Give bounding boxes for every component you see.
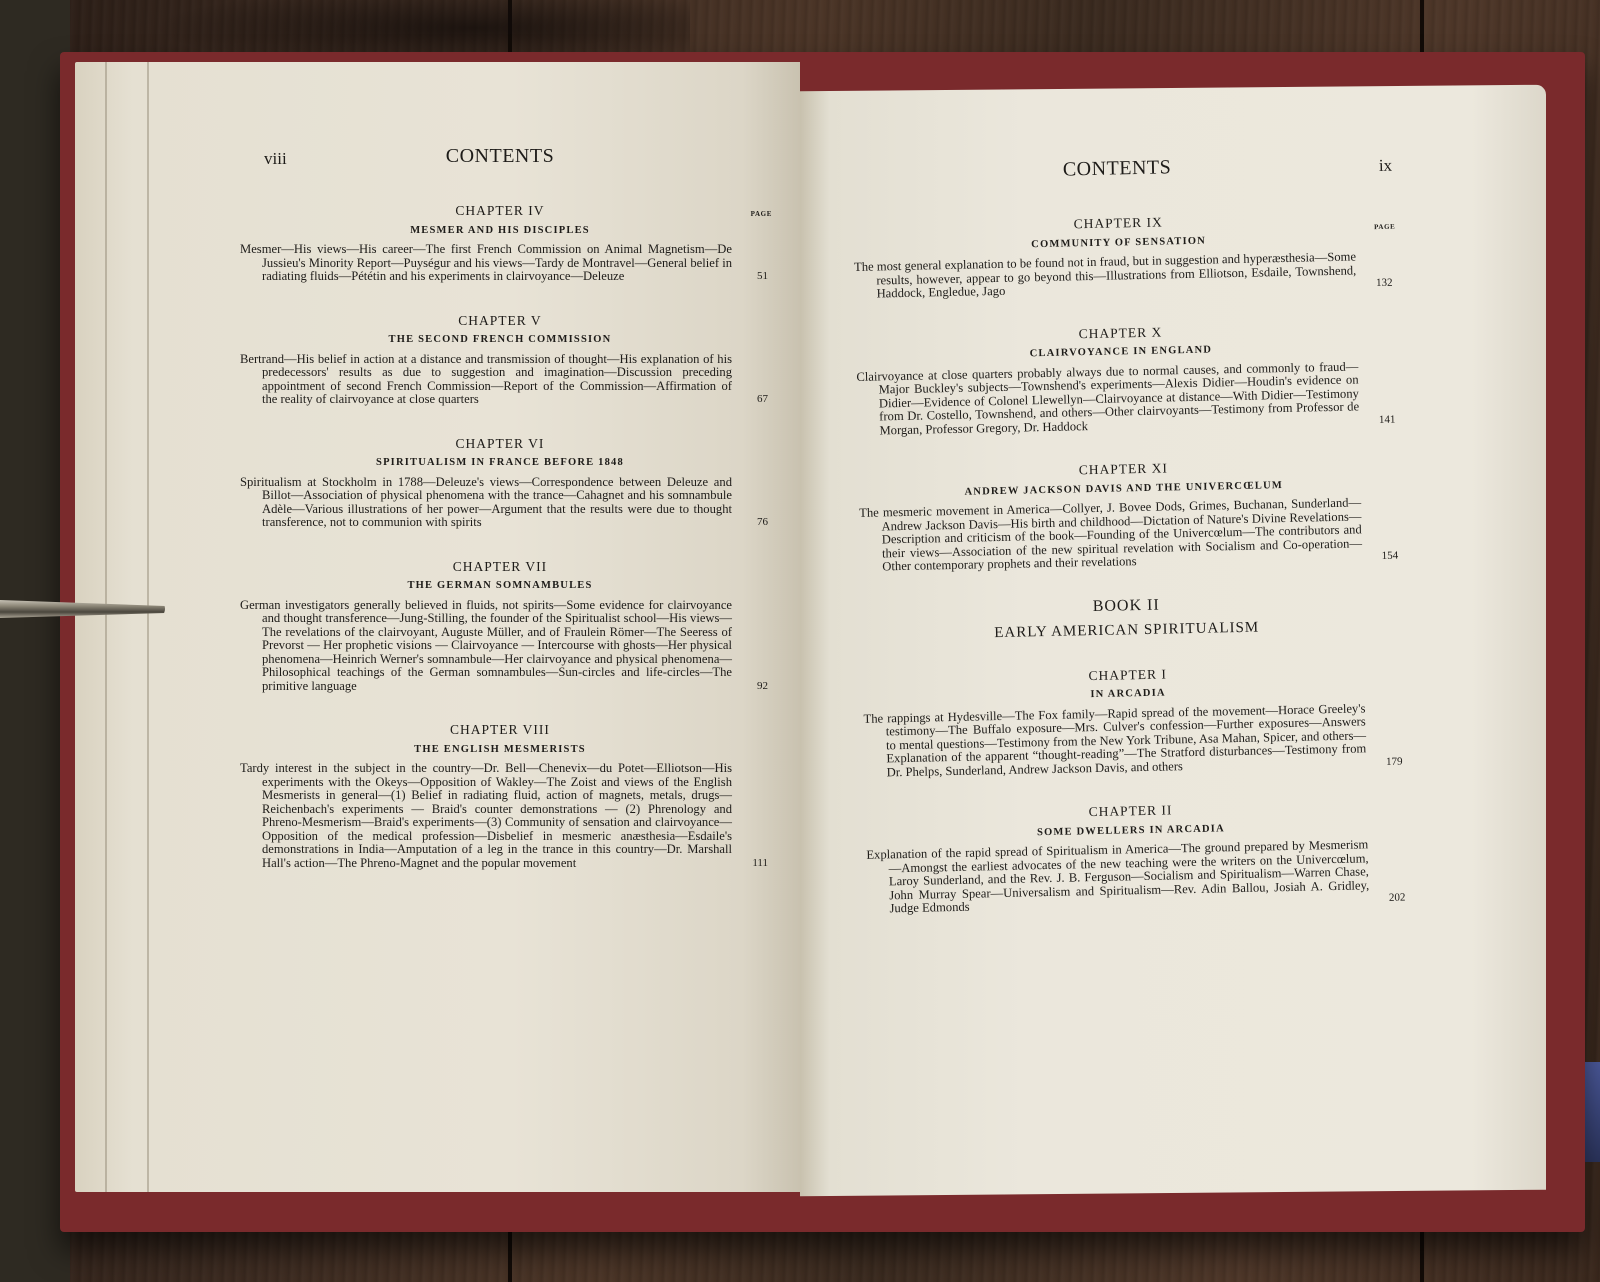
chapter-page: 132 bbox=[1376, 277, 1393, 291]
chapter-page: 67 bbox=[757, 393, 768, 407]
chapter-summary: Clairvoyance at close quarters probably … bbox=[856, 359, 1387, 438]
toc-entry: CHAPTER VII THE GERMAN SOMNAMBULES Germa… bbox=[240, 560, 760, 694]
page-number: viii bbox=[264, 152, 287, 166]
book-heading: BOOK II EARLY AMERICAN SPIRITUALISM bbox=[861, 593, 1392, 643]
page-hinge bbox=[105, 62, 107, 1192]
chapter-summary: The mesmeric movement in America—Collyer… bbox=[859, 496, 1390, 575]
chapter-page: 154 bbox=[1382, 550, 1399, 564]
toc-entry: CHAPTER II SOME DWELLERS IN ARCADIA Expl… bbox=[865, 799, 1397, 917]
chapter-summary: The most general explanation to be found… bbox=[854, 250, 1385, 302]
chapter-page: 141 bbox=[1379, 413, 1396, 427]
toc-entry: CHAPTER X CLAIRVOYANCE IN ENGLAND Clairv… bbox=[855, 320, 1387, 438]
toc-entry: CHAPTER I IN ARCADIA The rappings at Hyd… bbox=[863, 662, 1395, 780]
chapter-number: CHAPTER VIII bbox=[240, 723, 760, 737]
toc-entry: CHAPTER XI ANDREW JACKSON DAVIS AND THE … bbox=[858, 457, 1390, 575]
chapter-page: 202 bbox=[1389, 892, 1406, 906]
chapter-page: 51 bbox=[757, 270, 768, 284]
toc-entry: CHAPTER IV MESMER AND HIS DISCIPLES Mesm… bbox=[240, 204, 760, 284]
chapter-title: THE GERMAN SOMNAMBULES bbox=[240, 579, 760, 593]
chapter-summary: Bertrand—His belief in action at a dista… bbox=[240, 353, 760, 407]
chapter-summary: Mesmer—His views—His career—The first Fr… bbox=[240, 243, 760, 284]
chapter-summary: Spiritualism at Stockholm in 1788—Deleuz… bbox=[240, 476, 760, 530]
chapter-page: 76 bbox=[757, 516, 768, 530]
page-hinge bbox=[147, 62, 149, 1192]
page-number: ix bbox=[1379, 159, 1393, 173]
chapter-number: CHAPTER VI bbox=[240, 437, 760, 451]
right-page-contents: CONTENTS ix PAGE CHAPTER IX COMMUNITY OF… bbox=[852, 157, 1398, 946]
chapter-title: MESMER AND HIS DISCIPLES bbox=[240, 224, 760, 238]
chapter-title: SPIRITUALISM IN FRANCE BEFORE 1848 bbox=[240, 456, 760, 470]
chapter-title: THE ENGLISH MESMERISTS bbox=[240, 743, 760, 757]
chapter-page: 179 bbox=[1386, 755, 1403, 769]
toc-entry: CHAPTER VI SPIRITUALISM IN FRANCE BEFORE… bbox=[240, 437, 760, 530]
chapter-summary: German investigators generally believed … bbox=[240, 599, 760, 694]
chapter-summary: The rappings at Hydesville—The Fox famil… bbox=[863, 701, 1394, 780]
chapter-number: CHAPTER IV bbox=[240, 204, 760, 218]
chapter-page: 92 bbox=[757, 680, 768, 694]
toc-entry: CHAPTER V THE SECOND FRENCH COMMISSION B… bbox=[240, 314, 760, 407]
toc-entry: CHAPTER VIII THE ENGLISH MESMERISTS Tard… bbox=[240, 723, 760, 870]
book-number: BOOK II bbox=[861, 593, 1391, 618]
toc-entry: CHAPTER IX COMMUNITY OF SENSATION The mo… bbox=[853, 211, 1385, 302]
chapter-page: 111 bbox=[752, 857, 768, 871]
running-head: viii CONTENTS bbox=[240, 150, 760, 190]
chapter-summary: Tardy interest in the subject in the cou… bbox=[240, 762, 760, 870]
chapter-title: THE SECOND FRENCH COMMISSION bbox=[240, 333, 760, 347]
running-title: CONTENTS bbox=[240, 150, 760, 164]
chapter-number: CHAPTER V bbox=[240, 314, 760, 328]
left-page-contents: viii CONTENTS PAGE CHAPTER IV MESMER AND… bbox=[240, 150, 760, 900]
book-title: EARLY AMERICAN SPIRITUALISM bbox=[862, 619, 1392, 644]
chapter-number: CHAPTER VII bbox=[240, 560, 760, 574]
chapter-summary: Explanation of the rapid spread of Spiri… bbox=[866, 838, 1397, 917]
